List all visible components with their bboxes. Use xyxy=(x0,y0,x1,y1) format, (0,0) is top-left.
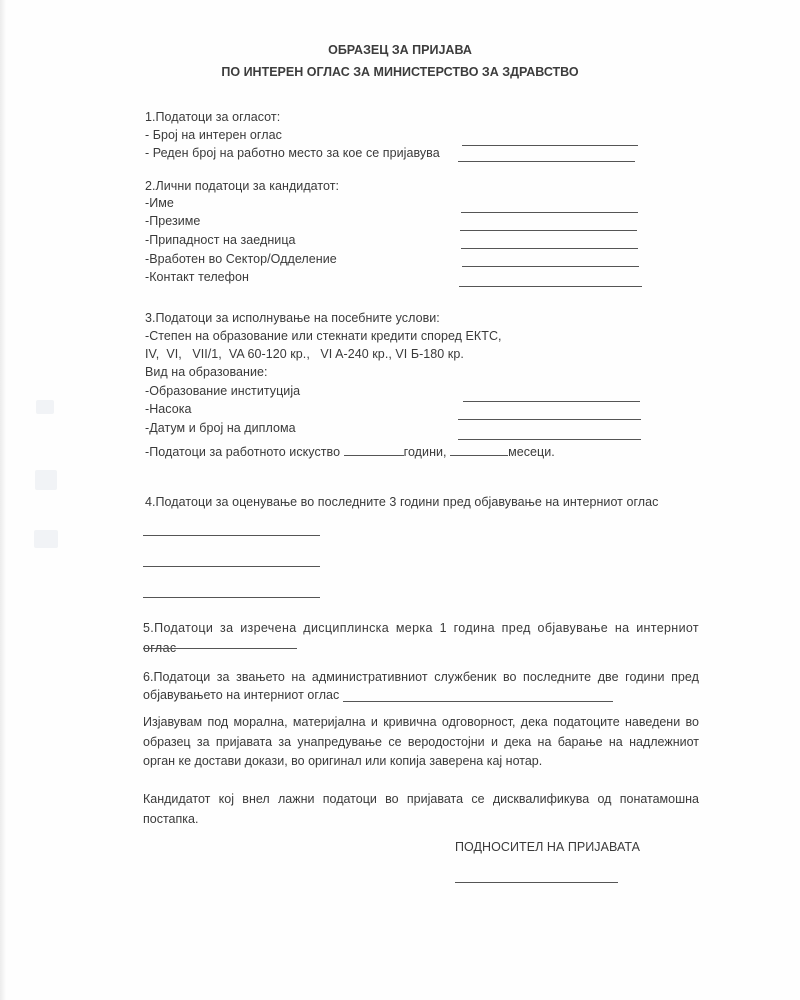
field-label-position-number: - Реден број на работно место за кое се … xyxy=(145,146,440,161)
months-input[interactable] xyxy=(450,444,508,456)
signature-label: ПОДНОСИТЕЛ НА ПРИЈАВАТА xyxy=(455,840,640,855)
field-label-diploma: -Датум и број на диплома xyxy=(145,421,296,436)
form-title: ОБРАЗЕЦ ЗА ПРИЈАВА xyxy=(0,43,800,57)
first-name-input[interactable] xyxy=(461,212,638,213)
section6-heading-line1: 6.Податоци за звањето на административни… xyxy=(143,670,699,685)
community-input[interactable] xyxy=(461,248,638,249)
disqualification-note: Кандидатот кој внел лажни податоци во пр… xyxy=(143,790,699,829)
scan-artifact xyxy=(35,470,57,490)
section5-heading: 5.Податоци за изречена дисциплинска мерк… xyxy=(143,619,699,658)
field-label-institution: -Образование институција xyxy=(145,384,300,399)
title-rank-input[interactable] xyxy=(343,701,613,702)
years-label: години, xyxy=(404,445,447,459)
months-label: месеци. xyxy=(508,445,555,459)
scan-artifact xyxy=(34,530,58,548)
field-label-phone: -Контакт телефон xyxy=(145,270,249,285)
sector-input[interactable] xyxy=(462,266,639,267)
field-label-direction: -Насока xyxy=(145,402,192,417)
position-number-input[interactable] xyxy=(458,161,635,162)
declaration-text: Изјавувам под морална, материјална и кри… xyxy=(143,713,699,772)
field-label-ad-number: - Број на интерен оглас xyxy=(145,128,282,143)
disciplinary-measure-input[interactable] xyxy=(143,648,297,649)
section4-heading: 4.Податоци за оценување во последните 3 … xyxy=(145,495,658,510)
evaluation-entry-1[interactable] xyxy=(143,535,320,536)
ad-number-input[interactable] xyxy=(462,145,638,146)
form-subtitle: ПО ИНТЕРЕН ОГЛАС ЗА МИНИСТЕРСТВО ЗА ЗДРА… xyxy=(0,65,800,79)
diploma-input[interactable] xyxy=(458,439,641,440)
scan-edge xyxy=(0,0,6,1000)
work-experience-row: -Податоци за работното искуство години, … xyxy=(145,444,555,460)
evaluation-entry-3[interactable] xyxy=(143,597,320,598)
section2-heading: 2.Лични податоци за кандидатот: xyxy=(145,179,339,194)
field-label-sector: -Вработен во Сектор/Одделение xyxy=(145,252,337,267)
scan-artifact xyxy=(36,400,54,414)
evaluation-entry-2[interactable] xyxy=(143,566,320,567)
institution-input[interactable] xyxy=(463,401,640,402)
section3-heading: 3.Податоци за исполнување на посебните у… xyxy=(145,311,440,326)
field-label-community: -Припадност на заедница xyxy=(145,233,296,248)
field-label-first-name: -Име xyxy=(145,196,174,211)
years-input[interactable] xyxy=(344,444,404,456)
signature-input[interactable] xyxy=(455,882,618,883)
education-type-label: Вид на образование: xyxy=(145,365,268,380)
direction-input[interactable] xyxy=(458,419,641,420)
section1-heading: 1.Податоци за огласот: xyxy=(145,110,280,125)
education-degree-label: -Степен на образование или стекнати кред… xyxy=(145,329,502,344)
education-levels: IV, VI, VII/1, VA 60-120 кр., VI A-240 к… xyxy=(145,347,464,362)
form-page: ОБРАЗЕЦ ЗА ПРИЈАВА ПО ИНТЕРЕН ОГЛАС ЗА М… xyxy=(0,0,800,1000)
section6-heading-line2: објавувањето на интерниот оглас xyxy=(143,688,339,703)
work-experience-label: -Податоци за работното искуство xyxy=(145,445,340,459)
phone-input[interactable] xyxy=(459,286,642,287)
last-name-input[interactable] xyxy=(460,230,637,231)
field-label-last-name: -Презиме xyxy=(145,214,200,229)
